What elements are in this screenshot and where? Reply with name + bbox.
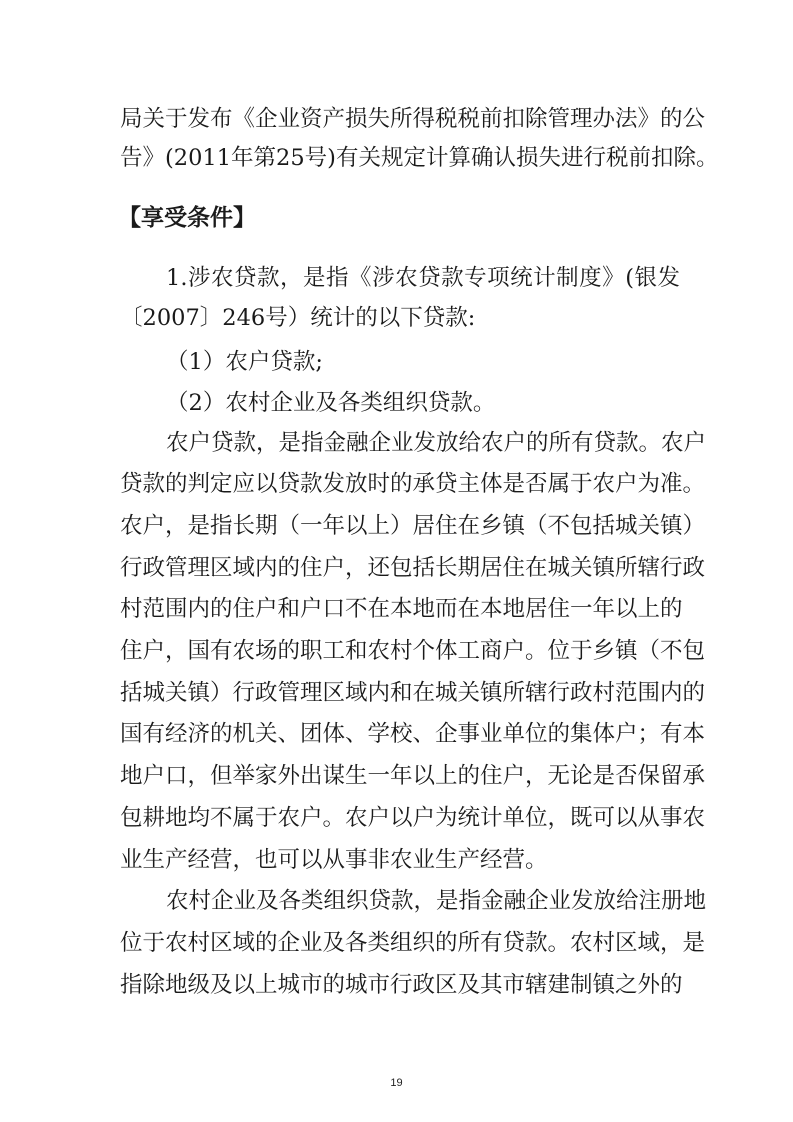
paragraph-line: 1.涉农贷款，是指《涉农贷款专项统计制度》(银发 [166,263,680,293]
paragraph-line: 住户，国有农场的职工和农村个体工商户。位于乡镇（不包 [120,636,680,666]
paragraph-line: 农村企业及各类组织贷款，是指金融企业发放给注册地 [166,886,680,916]
paragraph-line: 地户口，但举家外出谋生一年以上的住户，无论是否保留承 [120,761,680,791]
paragraph-line: 村范围内的住户和户口不在本地而在本地居住一年以上的 [120,594,680,624]
list-item: （2）农村企业及各类组织贷款。 [166,388,680,418]
paragraph-line: 业生产经营，也可以从事非农业生产经营。 [120,845,680,875]
text-line: 告》(2011年第25号)有关规定计算确认损失进行税前扣除。 [120,143,680,173]
paragraph-line: 位于农村区域的企业及各类组织的所有贷款。农村区域，是 [120,928,680,958]
paragraph-line: 贷款的判定应以贷款发放时的承贷主体是否属于农户为准。 [120,469,680,499]
paragraph-line: 〔2007〕246号）统计的以下贷款: [120,303,680,333]
paragraph-line: 农户贷款，是指金融企业发放给农户的所有贷款。农户 [166,428,680,458]
paragraph-line: 包耕地均不属于农户。农户以户为统计单位，既可以从事农 [120,803,680,833]
page-number: 19 [0,1077,793,1089]
paragraph-line: 国有经济的机关、团体、学校、企事业单位的集体户；有本 [120,719,680,749]
text-line: 局关于发布《企业资产损失所得税税前扣除管理办法》的公 [120,104,680,134]
paragraph-line: 农户，是指长期（一年以上）居住在乡镇（不包括城关镇） [120,511,680,541]
list-item: （1）农户贷款; [166,347,680,377]
paragraph-line: 行政管理区域内的住户，还包括长期居住在城关镇所辖行政 [120,553,680,583]
paragraph-line: 指除地级及以上城市的城市行政区及其市辖建制镇之外的 [120,970,680,1000]
paragraph-line: 括城关镇）行政管理区域内和在城关镇所辖行政村范围内的 [120,678,680,708]
section-heading: 【享受条件】 [118,203,256,233]
